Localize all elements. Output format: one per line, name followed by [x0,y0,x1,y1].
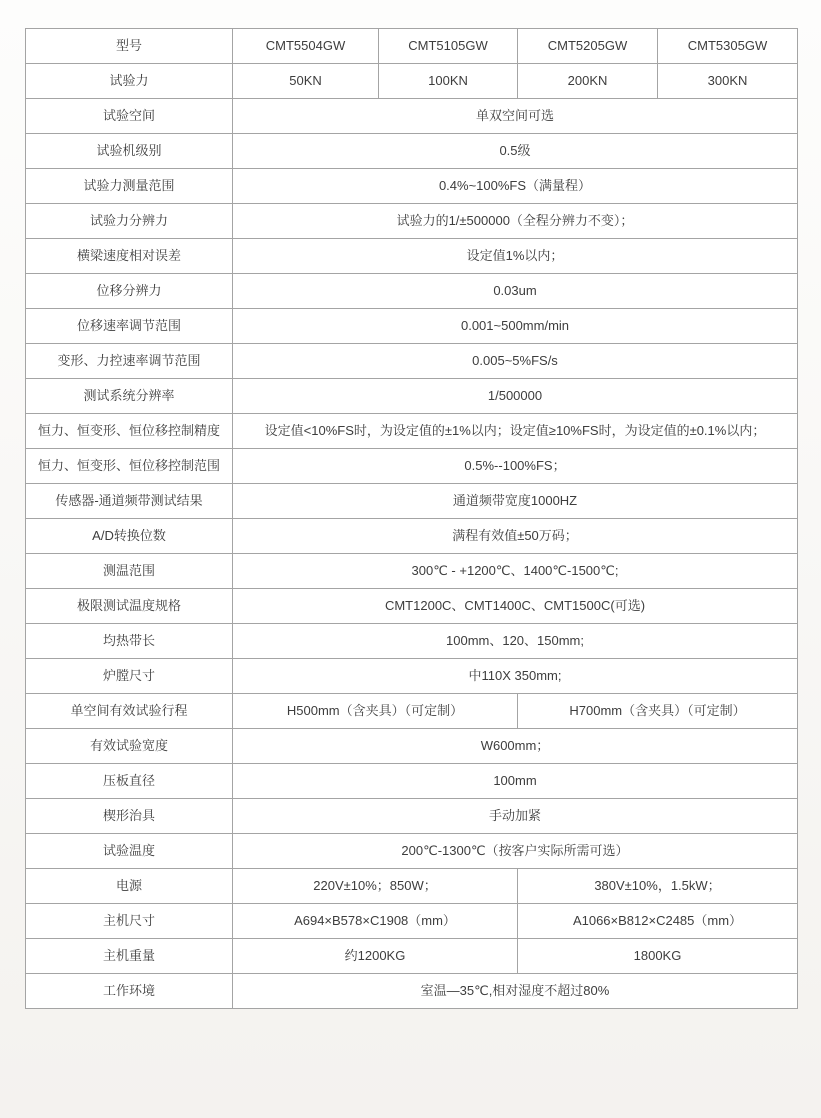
spec-label: 恒力、恒变形、恒位移控制精度 [26,414,233,449]
spec-label: 测试系统分辨率 [26,379,233,414]
table-row-ad-bits: A/D转换位数 满程有效值±50万码； [26,519,798,554]
spec-label: 极限测试温度规格 [26,589,233,624]
spec-label: 压板直径 [26,764,233,799]
spec-label: 电源 [26,869,233,904]
spec-label: A/D转换位数 [26,519,233,554]
spec-value: 300℃ - +1200℃、1400℃-1500℃; [233,554,798,589]
spec-value: 200℃-1300℃（按客户实际所需可选） [233,834,798,869]
spec-value: 100mm [233,764,798,799]
spec-value: 100mm、120、150mm; [233,624,798,659]
spec-value-force-3: 200KN [518,64,658,99]
spec-label: 试验力分辨力 [26,204,233,239]
table-row-displacement-resolution: 位移分辨力 0.03um [26,274,798,309]
spec-value-model-3: CMT5205GW [518,29,658,64]
table-row-crosshead-speed-error: 横梁速度相对误差 设定值1%以内； [26,239,798,274]
spec-value-right: 380V±10%，1.5kW； [518,869,798,904]
spec-value: 试验力的1/±500000（全程分辨力不变）； [233,204,798,239]
table-row-system-resolution: 测试系统分辨率 1/500000 [26,379,798,414]
spec-value: 设定值<10%FS时，为设定值的±1%以内；设定值≥10%FS时，为设定值的±0… [233,414,798,449]
spec-value-left: 约1200KG [233,939,518,974]
spec-label: 变形、力控速率调节范围 [26,344,233,379]
table-row-host-dimensions: 主机尺寸 A694×B578×C1908（mm） A1066×B812×C248… [26,904,798,939]
table-row-temp-measure-range: 测温范围 300℃ - +1200℃、1400℃-1500℃; [26,554,798,589]
spec-label: 位移分辨力 [26,274,233,309]
spec-value-right: 1800KG [518,939,798,974]
spec-label: 单空间有效试验行程 [26,694,233,729]
spec-label: 主机尺寸 [26,904,233,939]
spec-label: 楔形治具 [26,799,233,834]
spec-label: 型号 [26,29,233,64]
spec-label: 测温范围 [26,554,233,589]
spec-label: 试验机级别 [26,134,233,169]
spec-value: 0.03um [233,274,798,309]
spec-value-model-2: CMT5105GW [379,29,518,64]
table-row-force-range: 试验力测量范围 0.4%~100%FS（满量程） [26,169,798,204]
spec-value-right: A1066×B812×C2485（mm） [518,904,798,939]
table-row-constant-control-range: 恒力、恒变形、恒位移控制范围 0.5%--100%FS； [26,449,798,484]
spec-value: 设定值1%以内； [233,239,798,274]
table-row-deform-force-rate-range: 变形、力控速率调节范围 0.005~5%FS/s [26,344,798,379]
spec-table: 型号 CMT5504GW CMT5105GW CMT5205GW CMT5305… [25,28,798,1009]
spec-value-force-2: 100KN [379,64,518,99]
table-row-furnace-size: 炉膛尺寸 中110X 350mm; [26,659,798,694]
spec-value: CMT1200C、CMT1400C、CMT1500C(可选) [233,589,798,624]
spec-label: 均热带长 [26,624,233,659]
spec-value: 满程有效值±50万码； [233,519,798,554]
spec-value: 中110X 350mm; [233,659,798,694]
table-row-limit-temp-spec: 极限测试温度规格 CMT1200C、CMT1400C、CMT1500C(可选) [26,589,798,624]
spec-label: 恒力、恒变形、恒位移控制范围 [26,449,233,484]
spec-value-model-4: CMT5305GW [658,29,798,64]
spec-value-right: H700mm（含夹具）（可定制） [518,694,798,729]
spec-value-left: 220V±10%；850W； [233,869,518,904]
spec-label: 试验空间 [26,99,233,134]
spec-sheet-page: 型号 CMT5504GW CMT5105GW CMT5205GW CMT5305… [0,0,821,1118]
spec-value: 通道频带宽度1000HZ [233,484,798,519]
spec-value: 室温—35℃,相对湿度不超过80% [233,974,798,1009]
table-row-wedge-fixture: 楔形治具 手动加紧 [26,799,798,834]
table-row-test-space: 试验空间 单双空间可选 [26,99,798,134]
spec-value: 单双空间可选 [233,99,798,134]
spec-label: 工作环境 [26,974,233,1009]
table-row-power-supply: 电源 220V±10%；850W； 380V±10%，1.5kW； [26,869,798,904]
table-row-uniform-heat-zone: 均热带长 100mm、120、150mm; [26,624,798,659]
spec-value: 0.5级 [233,134,798,169]
table-row-model: 型号 CMT5504GW CMT5105GW CMT5205GW CMT5305… [26,29,798,64]
spec-value-model-1: CMT5504GW [233,29,379,64]
table-row-test-force: 试验力 50KN 100KN 200KN 300KN [26,64,798,99]
table-row-platen-diameter: 压板直径 100mm [26,764,798,799]
spec-value: 1/500000 [233,379,798,414]
table-row-constant-control-precision: 恒力、恒变形、恒位移控制精度 设定值<10%FS时，为设定值的±1%以内；设定值… [26,414,798,449]
table-row-single-space-stroke: 单空间有效试验行程 H500mm（含夹具）（可定制） H700mm（含夹具）（可… [26,694,798,729]
table-row-working-environment: 工作环境 室温—35℃,相对湿度不超过80% [26,974,798,1009]
spec-label: 有效试验宽度 [26,729,233,764]
table-row-displacement-rate-range: 位移速率调节范围 0.001~500mm/min [26,309,798,344]
table-row-machine-class: 试验机级别 0.5级 [26,134,798,169]
spec-value-force-4: 300KN [658,64,798,99]
spec-value: 0.005~5%FS/s [233,344,798,379]
spec-value: 手动加紧 [233,799,798,834]
spec-label: 横梁速度相对误差 [26,239,233,274]
table-row-force-resolution: 试验力分辨力 试验力的1/±500000（全程分辨力不变）； [26,204,798,239]
table-row-effective-width: 有效试验宽度 W600mm； [26,729,798,764]
spec-value: 0.001~500mm/min [233,309,798,344]
spec-value-left: A694×B578×C1908（mm） [233,904,518,939]
spec-label: 位移速率调节范围 [26,309,233,344]
spec-value: W600mm； [233,729,798,764]
spec-label: 试验温度 [26,834,233,869]
spec-value-left: H500mm（含夹具）（可定制） [233,694,518,729]
table-row-test-temperature: 试验温度 200℃-1300℃（按客户实际所需可选） [26,834,798,869]
table-row-host-weight: 主机重量 约1200KG 1800KG [26,939,798,974]
spec-label: 试验力 [26,64,233,99]
spec-label: 试验力测量范围 [26,169,233,204]
spec-value: 0.5%--100%FS； [233,449,798,484]
spec-value: 0.4%~100%FS（满量程） [233,169,798,204]
spec-label: 主机重量 [26,939,233,974]
spec-label: 传感器-通道频带测试结果 [26,484,233,519]
table-row-sensor-channel-band: 传感器-通道频带测试结果 通道频带宽度1000HZ [26,484,798,519]
spec-label: 炉膛尺寸 [26,659,233,694]
spec-value-force-1: 50KN [233,64,379,99]
